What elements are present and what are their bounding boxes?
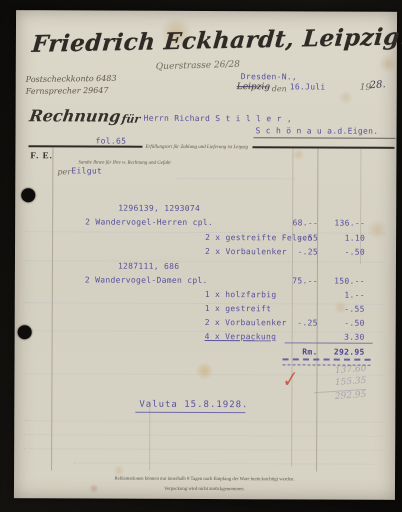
pencil-calculation: 155.35 [314, 376, 367, 389]
den-label: den [272, 84, 287, 93]
table-row: 2 Wandervogel-Herren cpl. 68.-- 136.-- [15, 217, 396, 231]
hole-punch-top [21, 188, 35, 202]
grand-total-amount: 292.95 [300, 347, 365, 356]
city-printed-struck: Leipzig [237, 82, 270, 92]
head-rule-right [252, 146, 394, 149]
item-total: -.50 [300, 247, 365, 256]
ruled-line [175, 178, 295, 180]
per-label: per [57, 167, 71, 176]
table-row: 2 x Vorbaulenker -.25 -.50 [15, 317, 396, 331]
item-total: 1.10 [300, 233, 365, 242]
invoice-date: 16.Juli [290, 82, 326, 91]
table-row: 2 x Vorbaulenker -.25 -.50 [15, 246, 396, 260]
valuta-underline [135, 412, 245, 413]
recipient-city: S c h ö n a u a.d.Eigen. [256, 126, 379, 136]
shipping-method: Eilgut [71, 166, 102, 175]
fulfillment-note: Erfüllungsort für Zahlung und Lieferung … [145, 143, 248, 149]
company-street: Querstrasse 26/28 [156, 60, 240, 73]
item-description: 2 Wandervogel-Damen cpl. [85, 275, 208, 285]
year-handwritten: 28. [369, 79, 386, 91]
table-row: 1287111, 686 [15, 261, 396, 275]
invoice-paper: Friedrich Eckhardt, Leipzig. Querstrasse… [14, 10, 397, 500]
ruled-line [24, 434, 384, 437]
item-ref-numbers: 1287111, 686 [118, 262, 179, 271]
table-row: 2 Wandervogel-Damen cpl. 75.-- 150.-- [15, 275, 396, 289]
red-pencil-scribble-icon: ✓ [278, 366, 300, 393]
pencil-calculation: 292.95 [314, 389, 367, 403]
table-row: 1296139, 1293074 [15, 203, 396, 217]
phone-number: Fernsprecher 29647 [26, 86, 109, 96]
city-typed: Dresden-N., [241, 72, 297, 81]
item-total: -.50 [300, 318, 365, 327]
item-total: 136.-- [300, 218, 365, 227]
item-ref-numbers: 1296139, 1293074 [118, 204, 200, 213]
table-row: 1 x gestreift -.55 [15, 303, 396, 317]
item-total: 3.30 [300, 332, 365, 341]
fe-form-mark: F. E. [30, 150, 52, 160]
doc-title: Rechnung [28, 106, 122, 125]
item-total: -.55 [300, 304, 365, 313]
company-name: Friedrich Eckhardt, Leipzig. [31, 23, 402, 58]
ruled-line [74, 462, 374, 464]
item-total: 150.-- [300, 276, 365, 285]
recipient-name: Herrn Richard S t i l l e r , [144, 114, 292, 124]
table-row: 2 x gestreifte Felgen -.55 1.10 [15, 232, 396, 246]
terms-note: Sandte Ihnen für Ihre w. Rechnung und Ge… [78, 159, 171, 165]
footer-terms-line1: Reklamationen können nur innerhalb 8 Tag… [90, 475, 319, 481]
scanned-invoice-photo: Friedrich Eckhardt, Leipzig. Querstrasse… [0, 0, 402, 512]
item-description: 2 Wandervogel-Herren cpl. [85, 217, 213, 227]
ruled-line [24, 420, 384, 423]
item-total: 1.-- [300, 290, 365, 299]
recipient-city-underline [254, 137, 396, 139]
valuta-date: Valuta 15.8.1928. [139, 400, 248, 410]
postscheck-account: Postscheckkonto 6483 [26, 74, 117, 84]
folio-number: fol.65 [95, 137, 126, 146]
ruled-line [24, 448, 384, 451]
item-description: 1 x holzfarbig [205, 290, 277, 299]
table-row: 1 x holzfarbig 1.-- [15, 289, 396, 303]
item-description: 4 x Verpackung [205, 332, 277, 341]
item-description: 1 x gestreift [205, 304, 272, 313]
footer-terms-line2: Verpackung wird nicht zurückgenommen. [90, 485, 319, 491]
head-rule-left [28, 145, 142, 147]
fuer-label: für [121, 113, 141, 126]
